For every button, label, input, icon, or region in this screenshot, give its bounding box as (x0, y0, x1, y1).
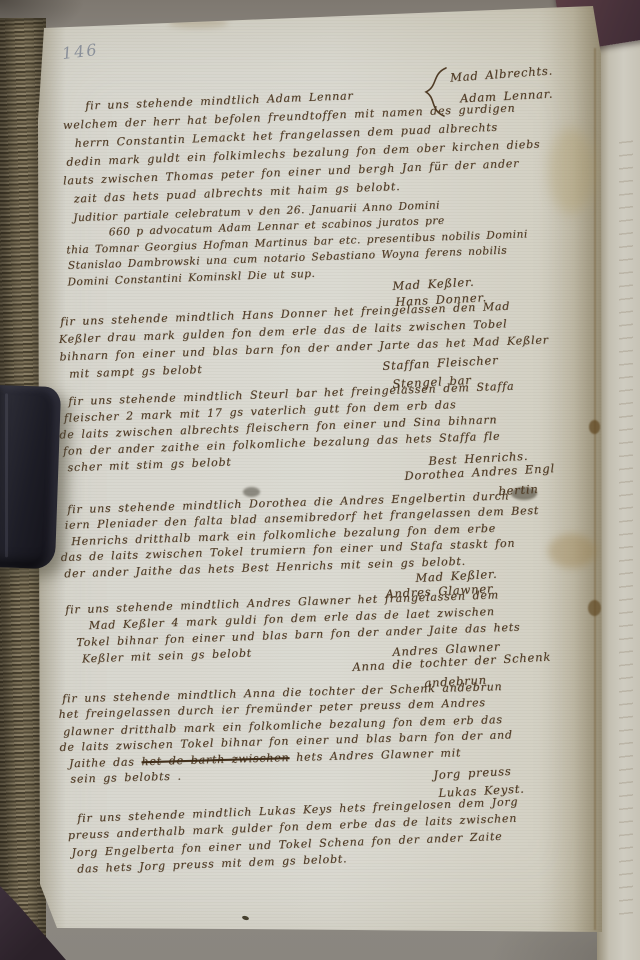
record-entry: fir uns stehende mindtlich Dorothea die … (59, 487, 586, 583)
record-entry: fir uns stehende mindtlich Hans Donner h… (58, 297, 580, 385)
record-entry: fir uns stehende mindtlich Lukas Keys he… (67, 792, 589, 880)
signature: Mad Keßler. (392, 275, 475, 293)
ink-blot (243, 487, 260, 497)
record-entry: Juditior partiale celebratum v den 26. J… (65, 194, 587, 292)
facing-page-column (597, 16, 640, 960)
gutter-crease (594, 48, 596, 930)
struck-text: het de barth zwischen (141, 751, 289, 768)
paper-stain (168, 18, 228, 28)
record-entry: fir uns stehende mindtlich Adam Lennar w… (60, 80, 584, 211)
book-clasp (0, 385, 61, 569)
manuscript-page: 146 Mad Albrechts. Adam Lennar. fir uns … (0, 0, 640, 960)
ink-bleed-marks (619, 136, 633, 916)
manuscript-photo: 146 Mad Albrechts. Adam Lennar. fir uns … (0, 0, 640, 960)
clasp-seam (5, 393, 8, 557)
signature: Jorg preuss (433, 764, 512, 782)
strike-pre-text: Jaithe das (69, 756, 135, 771)
folio-number: 146 (61, 40, 100, 63)
